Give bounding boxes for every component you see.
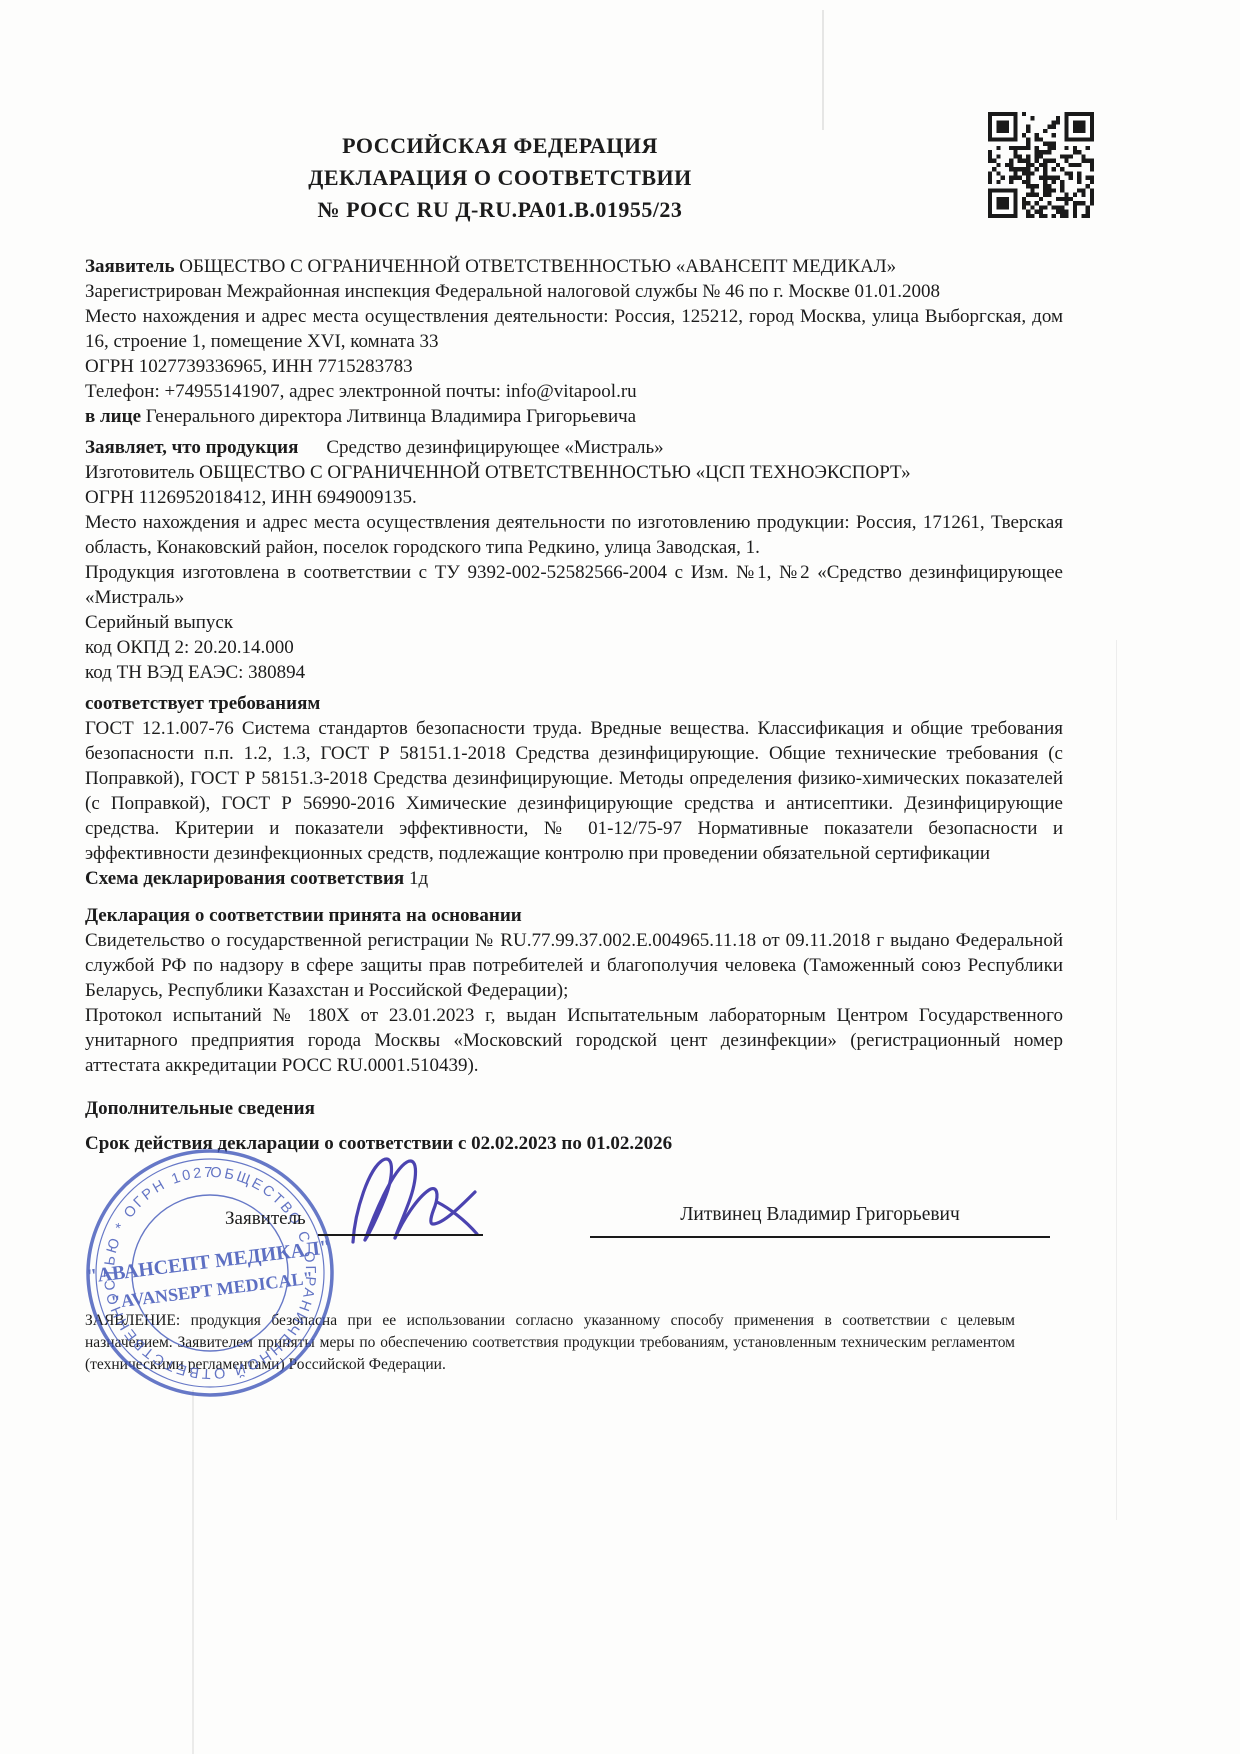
manufacturer-address: Место нахождения и адрес места осуществл… xyxy=(85,510,1063,560)
signing-area: ОБЩЕСТВО С ОГРАНИЧЕННОЙ ОТВЕТСТВЕННОСТЬЮ… xyxy=(85,1156,1063,1306)
declaration-document: РОССИЙСКАЯ ФЕДЕРАЦИЯ ДЕКЛАРАЦИЯ О СООТВЕ… xyxy=(0,0,1240,1754)
applicant-phone-email: Телефон: +74955141907, адрес электронной… xyxy=(85,379,1063,404)
okpd-code: код ОКПД 2: 20.20.14.000 xyxy=(85,635,1063,660)
signature-line xyxy=(318,1234,483,1236)
compliance-standards: ГОСТ 12.1.007-76 Система стандартов безо… xyxy=(85,716,1063,866)
manufacturer-line: Изготовитель ОБЩЕСТВО С ОГРАНИЧЕННОЙ ОТВ… xyxy=(85,460,1063,485)
made-according: Продукция изготовлена в соответствии с Т… xyxy=(85,560,1063,610)
basis-label: Декларация о соответствии принята на осн… xyxy=(85,905,522,926)
signatory-name: Литвинец Владимир Григорьевич xyxy=(590,1202,1050,1227)
product-declares-line: Заявляет, что продукцияСредство дезинфиц… xyxy=(85,435,1063,460)
applicant-name: ОБЩЕСТВО С ОГРАНИЧЕННОЙ ОТВЕТСТВЕННОСТЬЮ… xyxy=(179,256,896,277)
applicant-sign-label: Заявитель xyxy=(225,1206,306,1231)
serial-release: Серийный выпуск xyxy=(85,610,1063,635)
scan-artifact-line xyxy=(1116,640,1117,1520)
declares-label: Заявляет, что продукция xyxy=(85,437,298,458)
scheme-label: Схема декларирования соответствия xyxy=(85,868,404,889)
basis-certificate: Свидетельство о государственной регистра… xyxy=(85,928,1063,1003)
applicant-in-person: в лице Генерального директора Литвинца В… xyxy=(85,404,1063,429)
scheme-value: 1д xyxy=(409,868,428,889)
in-person-value: Генерального директора Литвинца Владимир… xyxy=(146,406,636,427)
applicant-address: Место нахождения и адрес места осуществл… xyxy=(85,304,1063,354)
additional-info-label: Дополнительные сведения xyxy=(85,1098,315,1119)
scan-artifact-line xyxy=(822,10,824,130)
in-person-label: в лице xyxy=(85,406,141,427)
compliance-heading: соответствует требованиям xyxy=(85,691,1063,716)
applicant-ogrn-inn: ОГРН 1027739336965, ИНН 7715283783 xyxy=(85,354,1063,379)
declaration-scheme: Схема декларирования соответствия 1д xyxy=(85,866,1063,891)
product-name: Средство дезинфицирующее «Мистраль» xyxy=(326,437,663,458)
basis-heading: Декларация о соответствии принята на осн… xyxy=(85,903,1063,928)
title-country: РОССИЙСКАЯ ФЕДЕРАЦИЯ xyxy=(85,130,915,162)
title-doc-type: ДЕКЛАРАЦИЯ О СООТВЕТСТВИИ xyxy=(85,162,915,194)
manufacturer-name: ОБЩЕСТВО С ОГРАНИЧЕННОЙ ОТВЕТСТВЕННОСТЬЮ… xyxy=(199,462,911,483)
signatory-name-line xyxy=(590,1236,1050,1238)
applicant-name-line: Заявитель ОБЩЕСТВО С ОГРАНИЧЕННОЙ ОТВЕТС… xyxy=(85,254,1063,279)
compliance-label: соответствует требованиям xyxy=(85,693,320,714)
company-stamp: ОБЩЕСТВО С ОГРАНИЧЕННОЙ ОТВЕТСТВЕННОСТЬЮ… xyxy=(55,1118,365,1428)
basis-protocol: Протокол испытаний № 180Х от 23.01.2023 … xyxy=(85,1003,1063,1078)
applicant-registered: Зарегистрирован Межрайонная инспекция Фе… xyxy=(85,279,1063,304)
document-title: РОССИЙСКАЯ ФЕДЕРАЦИЯ ДЕКЛАРАЦИЯ О СООТВЕ… xyxy=(85,130,915,226)
applicant-label: Заявитель xyxy=(85,256,175,277)
manufacturer-label: Изготовитель xyxy=(85,462,194,483)
scan-artifact-line xyxy=(192,1390,194,1754)
tnved-code: код ТН ВЭД ЕАЭС: 380894 xyxy=(85,660,1063,685)
manufacturer-ogrn-inn: ОГРН 1126952018412, ИНН 6949009135. xyxy=(85,485,1063,510)
title-doc-number: № РОСС RU Д-RU.РА01.В.01955/23 xyxy=(85,194,915,226)
